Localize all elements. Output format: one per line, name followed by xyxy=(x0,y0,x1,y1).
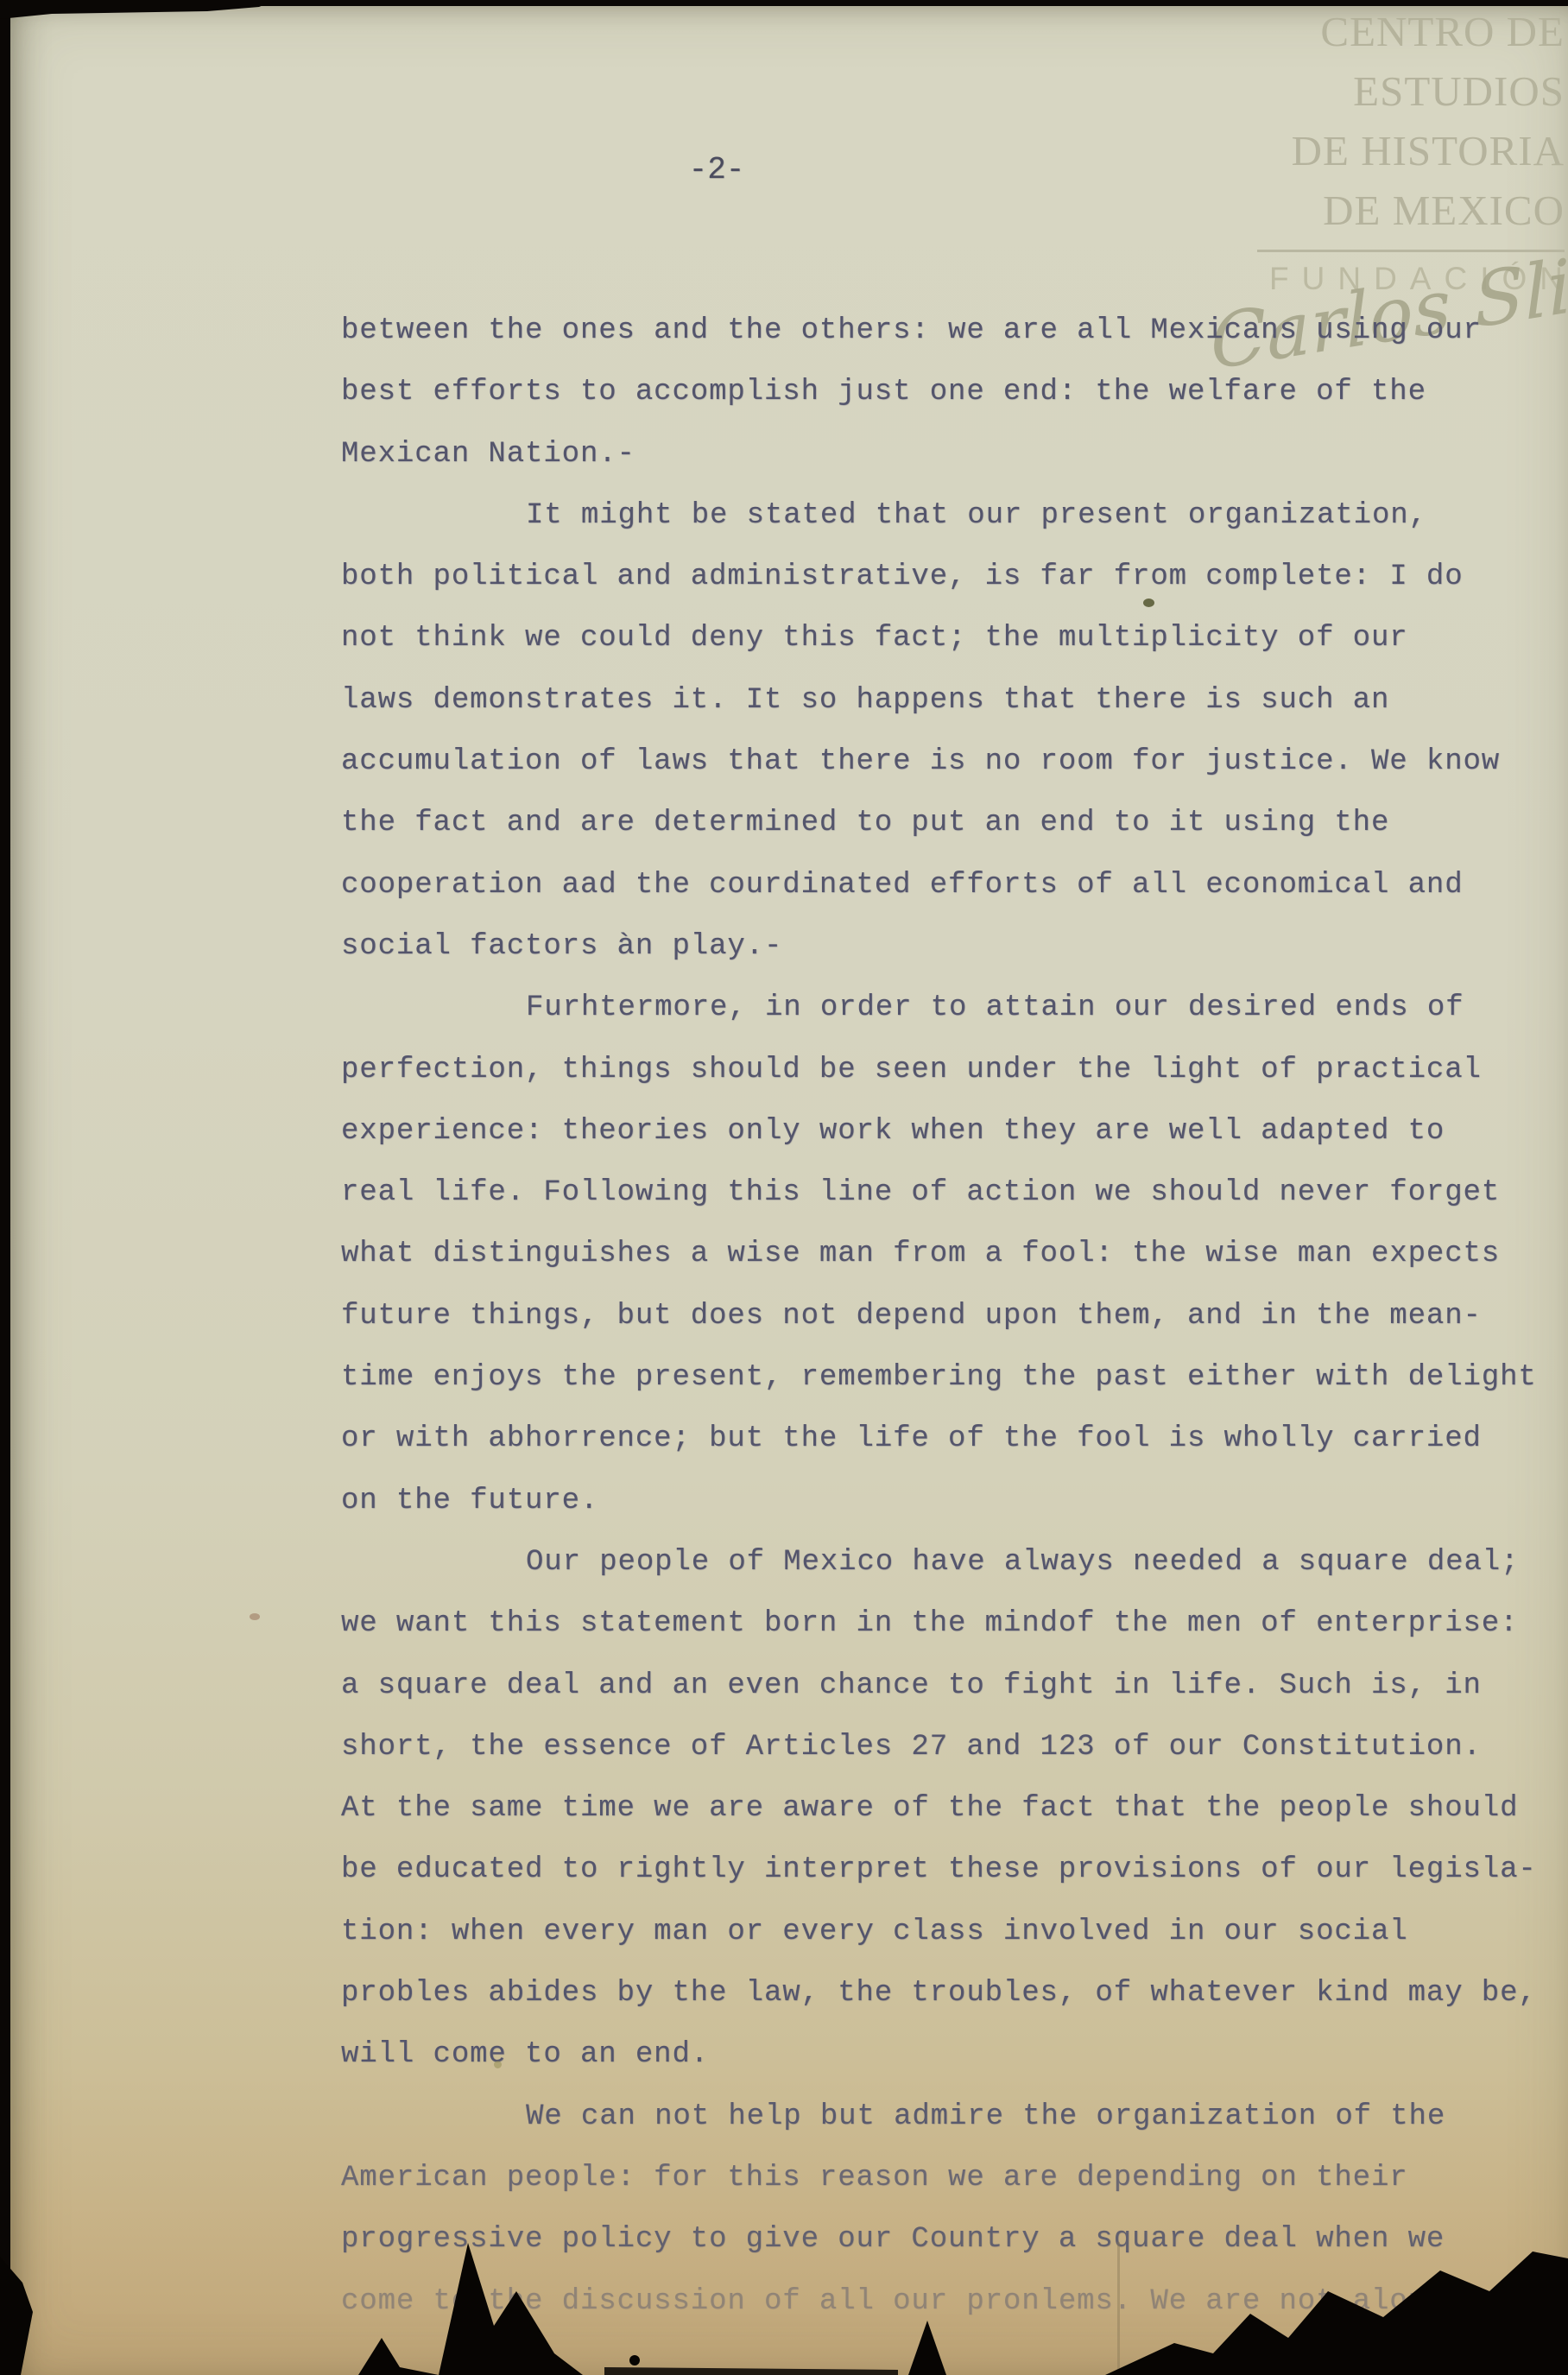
paper-crease xyxy=(1117,2242,1120,2375)
typewritten-line: what distinguishes a wise man from a foo… xyxy=(341,1224,1520,1285)
typewritten-line: the fact and are determined to put an en… xyxy=(341,793,1520,854)
typewritten-line: American people: for this reason we are … xyxy=(341,2148,1520,2209)
typewritten-line: between the ones and the others: we are … xyxy=(341,301,1520,362)
typewritten-line: We can not help but admire the organizat… xyxy=(341,2087,1520,2148)
typewritten-line: on the future. xyxy=(341,1471,1520,1532)
typewritten-line: both political and administrative, is fa… xyxy=(341,547,1520,608)
scanned-page-photo: { "page": { "number": "-2-" }, "watermar… xyxy=(0,0,1568,2375)
typewritten-line: probles abides by the law, the troubles,… xyxy=(341,1963,1520,2024)
typewritten-line: It might be stated that our present orga… xyxy=(341,485,1520,547)
typewritten-line: we want this statement born in the mindo… xyxy=(341,1593,1520,1655)
typewritten-line: a square deal and an even chance to figh… xyxy=(341,1656,1520,1717)
typewritten-line: time enjoys the present, remembering the… xyxy=(341,1347,1520,1409)
typewritten-text-block: between the ones and the others: we are … xyxy=(341,301,1520,2333)
typewritten-line: perfection, things should be seen under … xyxy=(341,1040,1520,1101)
typewritten-line: best efforts to accomplish just one end:… xyxy=(341,362,1520,423)
typewritten-line: be educated to rightly interpret these p… xyxy=(341,1840,1520,1901)
paper-speck xyxy=(494,2061,502,2068)
typewritten-line: will come to an end. xyxy=(341,2024,1520,2086)
ink-speck xyxy=(1143,598,1154,607)
typewritten-line: Mexican Nation.- xyxy=(341,424,1520,485)
typewritten-line: experience: theories only work when they… xyxy=(341,1101,1520,1162)
page-number: -2- xyxy=(665,152,768,187)
typewritten-line: At the same time we are aware of the fac… xyxy=(341,1778,1520,1840)
typewritten-line: progressive policy to give our Country a… xyxy=(341,2209,1520,2270)
typewritten-line: short, the essence of Articles 27 and 12… xyxy=(341,1717,1520,1778)
typewritten-line: not think we could deny this fact; the m… xyxy=(341,608,1520,669)
typewritten-line: future things, but does not depend upon … xyxy=(341,1286,1520,1347)
typewritten-line: tion: when every man or every class invo… xyxy=(341,1902,1520,1963)
typewritten-line: social factors àn play.- xyxy=(341,916,1520,978)
paper-speck xyxy=(250,1613,260,1620)
typewritten-line: laws demonstrates it. It so happens that… xyxy=(341,670,1520,731)
typewritten-line: cooperation aad the courdinated efforts … xyxy=(341,855,1520,916)
typewritten-line: Our people of Mexico have always needed … xyxy=(341,1532,1520,1593)
typewritten-line: Furhtermore, in order to attain our desi… xyxy=(341,978,1520,1039)
typewritten-line: or with abhorrence; but the life of the … xyxy=(341,1409,1520,1470)
typewritten-line: real life. Following this line of action… xyxy=(341,1162,1520,1224)
typewritten-line: accumulation of laws that there is no ro… xyxy=(341,731,1520,793)
typewritten-line: come to the discussion of all our pronle… xyxy=(341,2271,1520,2333)
